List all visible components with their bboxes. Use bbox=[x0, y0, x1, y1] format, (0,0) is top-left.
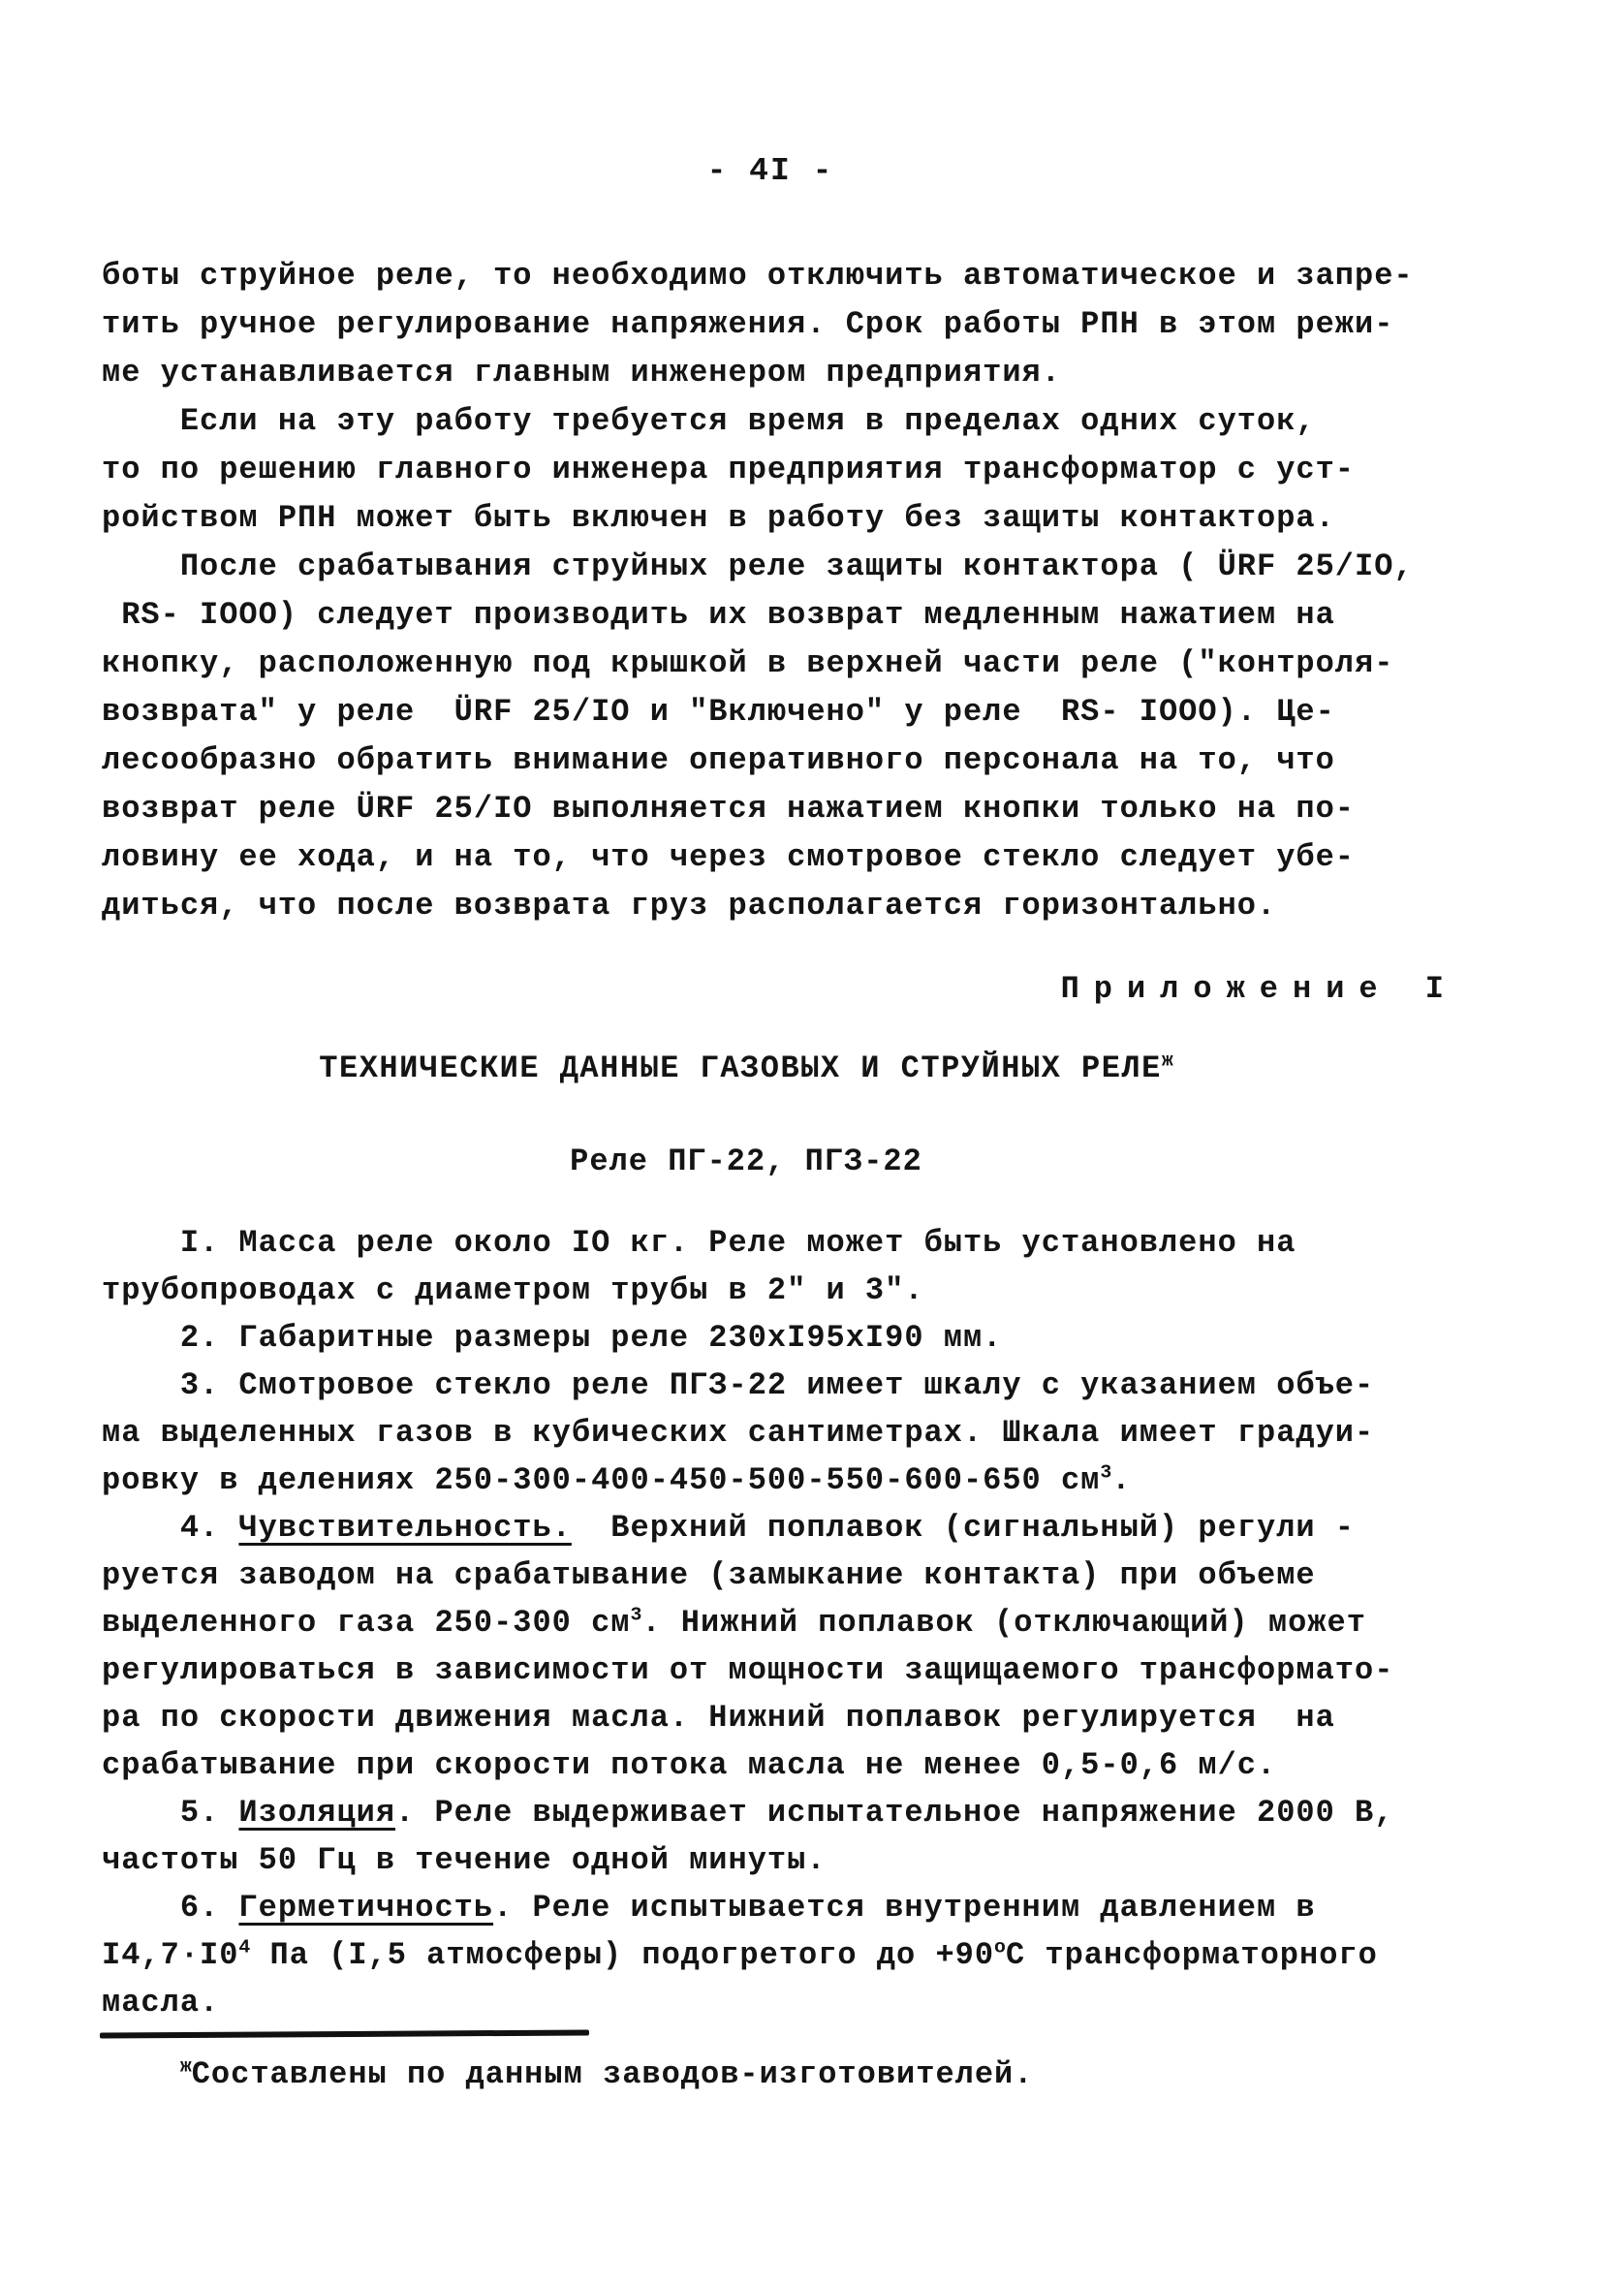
numbered-item: I. Масса реле около IO кг. Реле может бы… bbox=[102, 1219, 1497, 1314]
scanned-document-page: - 4I - боты струйное реле, то необходимо… bbox=[0, 0, 1624, 2288]
paragraph: После срабатывания струйных реле защиты … bbox=[102, 543, 1497, 930]
page-number: - 4I - bbox=[102, 153, 1439, 189]
paragraph: боты струйное реле, то необходимо отключ… bbox=[102, 252, 1497, 397]
paragraph: Если на эту работу требуется время в пре… bbox=[102, 397, 1497, 543]
numbered-item: 4. Чувствительность. Верхний поплавок (с… bbox=[102, 1504, 1497, 1789]
running-text-section: боты струйное реле, то необходимо отключ… bbox=[102, 252, 1497, 930]
numbered-item: 2. Габаритные размеры реле 230хI95хI90 м… bbox=[102, 1314, 1497, 1362]
numbered-item: 3. Смотровое стекло реле ПГЗ-22 имеет шк… bbox=[102, 1362, 1497, 1504]
footnote-separator-rule bbox=[100, 2029, 589, 2038]
numbered-item: 6. Герметичность. Реле испытывается внут… bbox=[102, 1884, 1497, 2026]
section-title: ТЕХНИЧЕСКИЕ ДАННЫЕ ГАЗОВЫХ И СТРУЙНЫХ РЕ… bbox=[102, 1050, 1390, 1086]
numbered-items-section: I. Масса реле около IO кг. Реле может бы… bbox=[102, 1219, 1497, 2026]
footnote: жСоставлены по данным заводов-изготовите… bbox=[102, 2051, 1497, 2099]
appendix-heading: Приложение I bbox=[102, 971, 1458, 1007]
numbered-item: 5. Изоляция. Реле выдерживает испытатель… bbox=[102, 1789, 1497, 1884]
section-subtitle: Реле ПГ-22, ПГЗ-22 bbox=[102, 1144, 1390, 1179]
